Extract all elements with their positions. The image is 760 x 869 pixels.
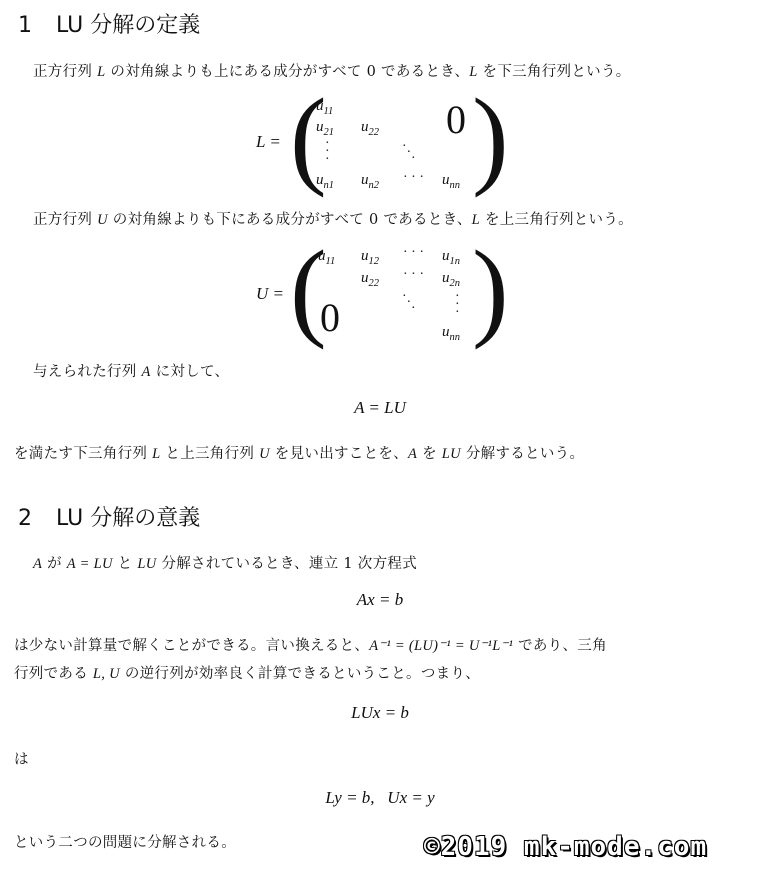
matrix-cell: u11	[318, 248, 335, 267]
right-paren: )	[472, 234, 509, 344]
paragraph-inverse-line1: は少ない計算量で解くことができる。言い換えると、A⁻¹ = (LU)⁻¹ = U…	[14, 634, 607, 655]
watermark: ©2019 mk-mode.com	[424, 832, 707, 862]
paragraph-given-matrix: 与えられた行列 A に対して、	[33, 360, 229, 381]
zero-block: 0	[320, 294, 340, 341]
matrix-lhs: U =	[256, 284, 284, 304]
matrix-cell: u12	[361, 248, 379, 267]
paragraph-upper-triangular-def: 正方行列 U の対角線よりも下にある成分がすべて 0 であるとき、L を上三角行…	[33, 208, 633, 229]
matrix-cell: u22	[361, 270, 379, 289]
matrix-cell: unn	[442, 172, 460, 191]
paragraph-two-problems: という二つの問題に分解される。	[14, 831, 236, 852]
matrix-cell: un2	[361, 172, 379, 191]
vdots: ···	[325, 140, 330, 164]
matrix-L: L = ( u11 u21 u22 0 ··· · · · un1 un2 · …	[0, 92, 760, 197]
paragraph-lu-significance: A が A = LU と LU 分解されているとき、連立 1 次方程式	[33, 552, 417, 573]
paragraph-lu-def: を満たす下三角行列 L と上三角行列 U を見い出すことを、A を LU 分解す…	[14, 442, 584, 463]
matrix-cell: u1n	[442, 248, 460, 267]
section-2-heading: 2LU 分解の意義	[18, 501, 200, 532]
matrix-cell: u11	[316, 98, 333, 117]
ddots: · · ·	[402, 294, 417, 312]
section-title: LU 分解の意義	[56, 506, 200, 531]
paragraph-wa: は	[14, 748, 29, 769]
matrix-cell: un1	[316, 172, 334, 191]
paragraph-inverse-line2: 行列である L, U の逆行列が効率良く計算できるということ。つまり、	[14, 662, 480, 683]
matrix-U: U = ( u11 u12 · · · u1n u22 · · · u2n 0 …	[0, 242, 760, 347]
matrix-cell: unn	[442, 324, 460, 343]
section-number: 1	[18, 13, 56, 38]
ddots: · · ·	[402, 144, 417, 162]
matrix-lhs: L =	[256, 132, 281, 152]
equation-ax-equals-b: Ax = b	[0, 590, 760, 610]
matrix-cell: u2n	[442, 270, 460, 289]
paragraph-lower-triangular-def: 正方行列 L の対角線よりも上にある成分がすべて 0 であるとき、L を下三角行…	[33, 60, 631, 81]
hdots: · · ·	[403, 267, 424, 283]
equation-ly-ux: Ly = b, Ux = y	[0, 788, 760, 808]
hdots: · · ·	[403, 245, 424, 261]
zero-block: 0	[446, 96, 466, 143]
hdots: · · ·	[403, 170, 424, 186]
equation-a-equals-lu: A = LU	[0, 398, 760, 418]
matrix-cell: u22	[361, 119, 379, 138]
section-number: 2	[18, 506, 56, 531]
equation-lux-equals-b: LUx = b	[0, 703, 760, 723]
section-1-heading: 1LU 分解の定義	[18, 8, 200, 39]
section-title: LU 分解の定義	[56, 13, 200, 38]
vdots: ···	[455, 293, 460, 317]
right-paren: )	[472, 82, 509, 192]
